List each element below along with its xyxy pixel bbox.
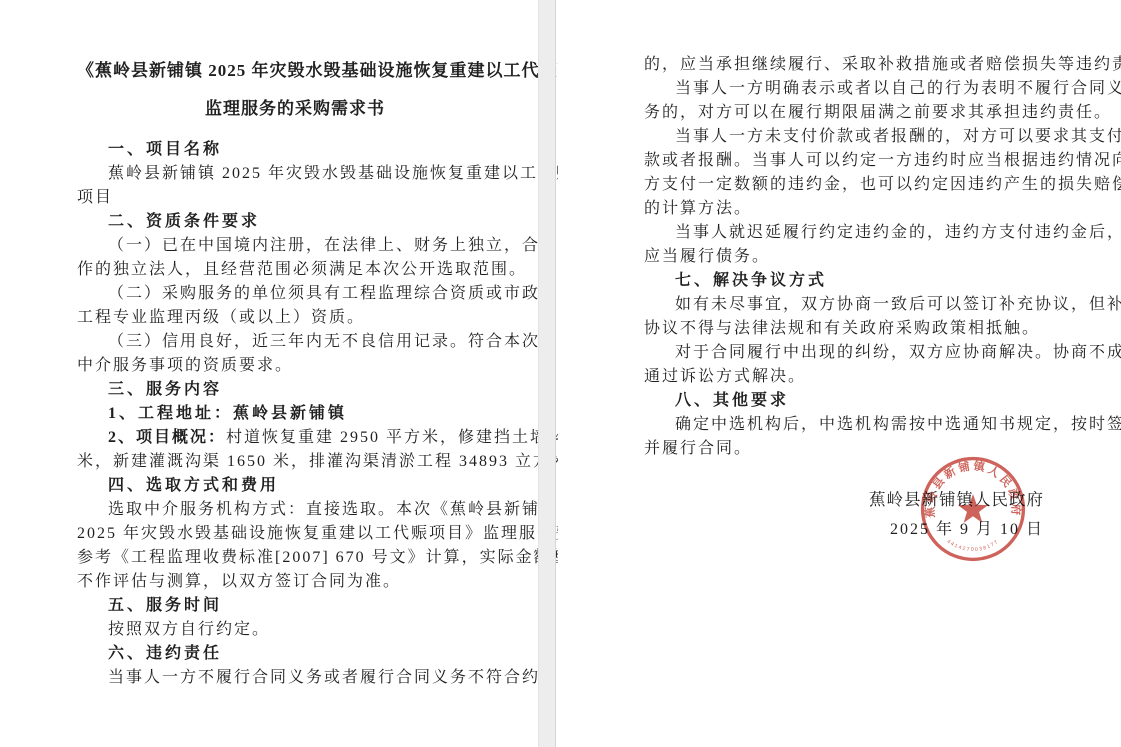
- text-line: 通过诉讼方式解决。: [644, 365, 1064, 389]
- text-line: 中介服务事项的资质要求。: [77, 354, 513, 378]
- text-line: 八、其他要求: [644, 389, 1064, 413]
- text-line: 如有未尽事宜，双方协商一致后可以签订补充协议，但补充: [644, 293, 1064, 317]
- text-line: 当事人就迟延履行约定违约金的，违约方支付违约金后，还: [644, 221, 1064, 245]
- text-line: 协议不得与法律法规和有关政府采购政策相抵触。: [644, 317, 1064, 341]
- text-line: 蕉岭县新铺镇 2025 年灾毁水毁基础设施恢复重建以工代赈: [77, 162, 513, 186]
- text-line: 作的独立法人，且经营范围必须满足本次公开选取范围。: [77, 258, 513, 282]
- star-icon: [958, 494, 988, 523]
- page-1-text: 一、项目名称蕉岭县新铺镇 2025 年灾毁水毁基础设施恢复重建以工代赈项目二、资…: [77, 138, 513, 690]
- text-line: 当事人一方未支付价款或者报酬的，对方可以要求其支付价: [644, 125, 1064, 149]
- text-line: 选取中介服务机构方式：直接选取。本次《蕉岭县新铺镇: [77, 498, 513, 522]
- text-line: 确定中选机构后，中选机构需按中选通知书规定，按时签订: [644, 413, 1064, 437]
- page-1: 《蕉岭县新铺镇 2025 年灾毁水毁基础设施恢复重建以工代赈项目》 监理服务的采…: [0, 0, 538, 747]
- text-line: 不作评估与测算，以双方签订合同为准。: [77, 570, 513, 594]
- document-title-line2: 监理服务的采购需求书: [77, 94, 513, 119]
- text-line: 按照双方自行约定。: [77, 618, 513, 642]
- text-line: 当事人一方不履行合同义务或者履行合同义务不符合约定: [77, 666, 513, 690]
- text-line: 四、选取方式和费用: [77, 474, 513, 498]
- document-viewer: 《蕉岭县新铺镇 2025 年灾毁水毁基础设施恢复重建以工代赈项目》 监理服务的采…: [0, 0, 1121, 747]
- text-line: 对于合同履行中出现的纠纷，双方应协商解决。协商不成的，: [644, 341, 1064, 365]
- text-line: 参考《工程监理收费标准[2007] 670 号文》计算，实际金额暂: [77, 546, 513, 570]
- text-line: 项目: [77, 186, 513, 210]
- text-line: 务的，对方可以在履行期限届满之前要求其承担违约责任。: [644, 101, 1064, 125]
- text-line: 一、项目名称: [77, 138, 513, 162]
- page-gutter: [538, 0, 556, 747]
- text-line: 米，新建灌溉沟渠 1650 米，排灌沟渠清淤工程 34893 立方米等。: [77, 450, 513, 474]
- seal-code: 4414270038177: [946, 539, 1001, 553]
- text-line: （一）已在中国境内注册，在法律上、财务上独立，合法运: [77, 234, 513, 258]
- text-line: 七、解决争议方式: [644, 269, 1064, 293]
- text-line: 二、资质条件要求: [77, 210, 513, 234]
- text-line: 的，应当承担继续履行、采取补救措施或者赔偿损失等违约责任。: [644, 53, 1064, 77]
- text-line: （三）信用良好，近三年内无不良信用记录。符合本次采购: [77, 330, 513, 354]
- text-line: 五、服务时间: [77, 594, 513, 618]
- text-line: 六、违约责任: [77, 642, 513, 666]
- official-seal-stamp: 蕉岭县新铺镇人民政府 4414270038177: [917, 453, 1029, 565]
- text-line: 当事人一方明确表示或者以自己的行为表明不履行合同义: [644, 77, 1064, 101]
- text-line: 1、工程地址：蕉岭县新铺镇: [77, 402, 513, 426]
- text-line: 工程专业监理丙级（或以上）资质。: [77, 306, 513, 330]
- page-2-text: 的，应当承担继续履行、采取补救措施或者赔偿损失等违约责任。当事人一方明确表示或者…: [644, 53, 1064, 461]
- text-line: 的计算方法。: [644, 197, 1064, 221]
- text-line: 2025 年灾毁水毁基础设施恢复重建以工代赈项目》监理服务费: [77, 522, 513, 546]
- text-line: 应当履行债务。: [644, 245, 1064, 269]
- text-line: 三、服务内容: [77, 378, 513, 402]
- page-2: 的，应当承担继续履行、采取补救措施或者赔偿损失等违约责任。当事人一方明确表示或者…: [558, 0, 1121, 747]
- text-line: 款或者报酬。当事人可以约定一方违约时应当根据违约情况向对: [644, 149, 1064, 173]
- text-line: 2、项目概况：村道恢复重建 2950 平方米，修建挡土墙 450: [77, 426, 513, 450]
- text-line: 方支付一定数额的违约金，也可以约定因违约产生的损失赔偿额: [644, 173, 1064, 197]
- document-title-line1: 《蕉岭县新铺镇 2025 年灾毁水毁基础设施恢复重建以工代赈项目》: [77, 56, 513, 81]
- text-line: （二）采购服务的单位须具有工程监理综合资质或市政公用: [77, 282, 513, 306]
